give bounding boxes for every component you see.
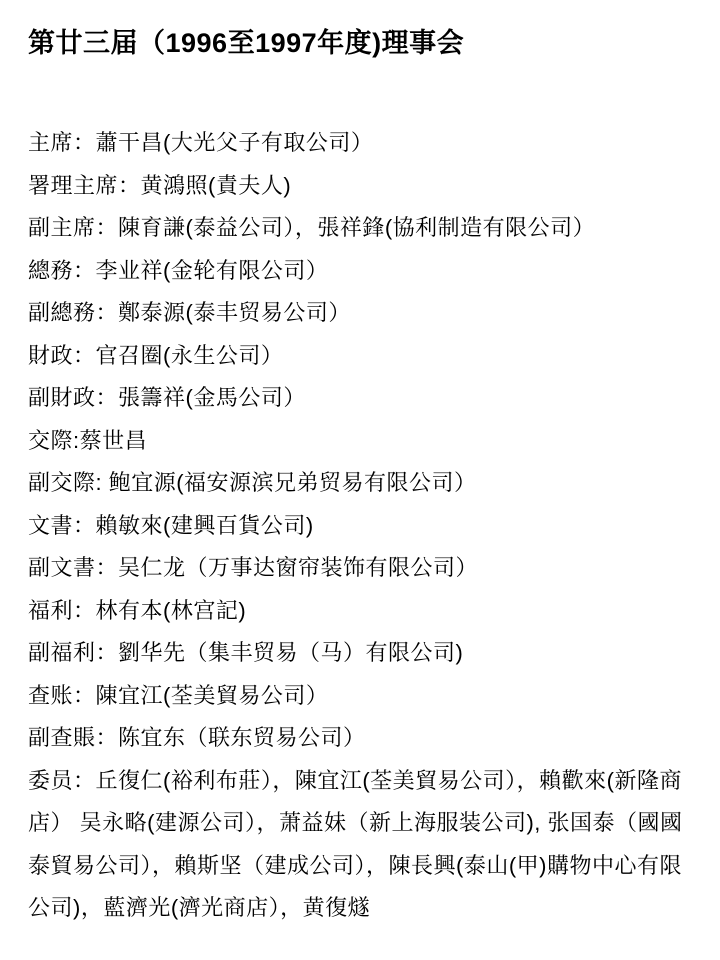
officer-list: 主席：蕭干昌(大光父子有取公司） 署理主席：黄鴻照(責夫人) 副主席：陳育謙(泰… (28, 122, 692, 930)
document-page: 第廿三届（1996至1997年度)理事会 主席：蕭干昌(大光父子有取公司） 署理… (0, 0, 720, 960)
vice-chairman-line: 副主席：陳育謙(泰益公司），張祥鋒(協利制造有限公司） (28, 207, 692, 250)
deputy-general-affairs-line: 副總務：鄭泰源(泰丰贸易公司） (28, 292, 692, 335)
general-affairs-line: 總務：李业祥(金轮有限公司） (28, 250, 692, 293)
welfare-line: 福利：林有本(林宫記) (28, 590, 692, 633)
deputy-secretary-line: 副文書：吴仁龙（万事达窗帘装饰有限公司） (28, 547, 692, 590)
committee-members-line: 委员：丘復仁(裕利布莊），陳宜江(荃美貿易公司），賴歡來(新隆商店） 吴永略(建… (28, 760, 692, 930)
liaison-line: 交際:蔡世昌 (28, 420, 692, 463)
treasurer-line: 財政：官召圈(永生公司） (28, 335, 692, 378)
auditor-line: 查账：陳宜江(荃美貿易公司） (28, 675, 692, 718)
deputy-treasurer-line: 副財政：張籌祥(金馬公司） (28, 377, 692, 420)
secretary-line: 文書：賴敏來(建興百貨公司) (28, 505, 692, 548)
page-title: 第廿三届（1996至1997年度)理事会 (28, 24, 692, 62)
deputy-auditor-line: 副查賬：陈宜东（联东贸易公司） (28, 717, 692, 760)
deputy-welfare-line: 副福利：劉华先（集丰贸易（马）有限公司) (28, 632, 692, 675)
chairman-line: 主席：蕭干昌(大光父子有取公司） (28, 122, 692, 165)
acting-chairman-line: 署理主席：黄鴻照(責夫人) (28, 165, 692, 208)
deputy-liaison-line: 副交際: 鲍宜源(福安源滨兄弟贸易有限公司） (28, 462, 692, 505)
